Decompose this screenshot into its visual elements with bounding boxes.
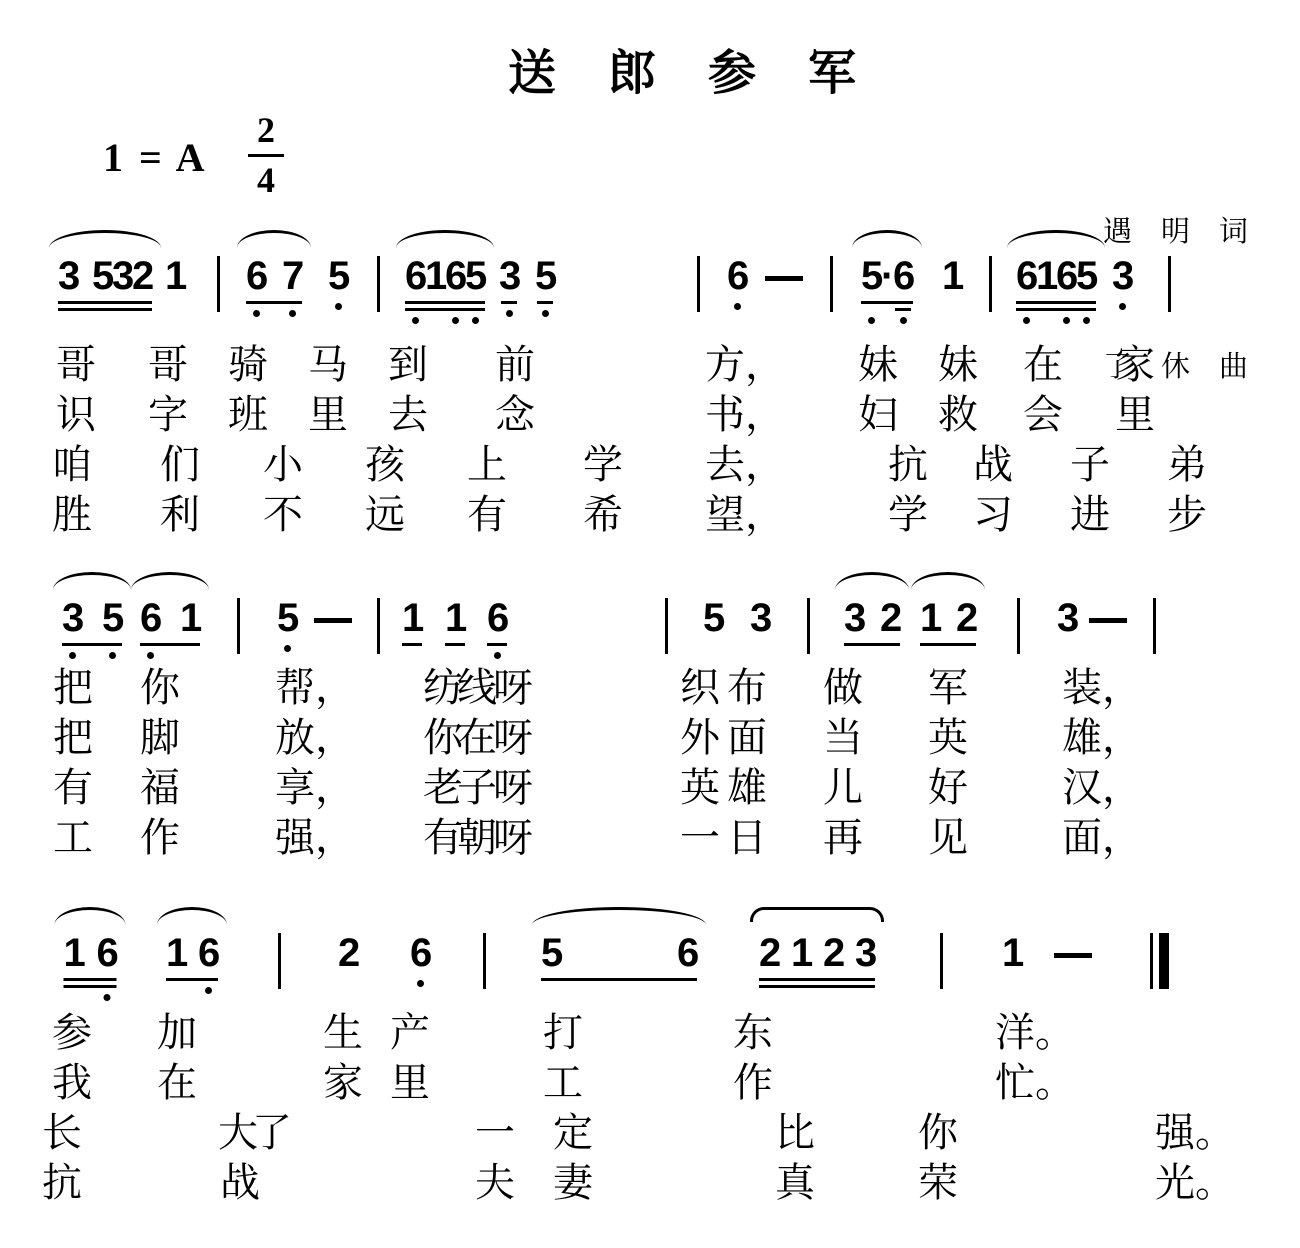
barline	[1168, 256, 1171, 312]
note-token: 6	[410, 907, 430, 987]
mark-cell	[246, 308, 266, 317]
octave-dot	[412, 317, 419, 324]
lyric-syllable: 工	[543, 1060, 583, 1106]
lyric-syllable: 家	[1115, 342, 1155, 388]
lyric-syllable: 外	[680, 715, 720, 761]
beam-underline	[64, 985, 117, 988]
barline	[830, 256, 833, 312]
note-digit: 2	[956, 597, 976, 639]
mark-cell	[465, 315, 485, 324]
note-token: 3	[1057, 572, 1077, 639]
octave-dot	[734, 303, 741, 310]
note-digit: 5	[535, 255, 555, 297]
mark-cell	[519, 301, 535, 304]
beam-underline	[1016, 308, 1096, 311]
sustain-dash	[1054, 953, 1092, 958]
octave-dot	[506, 310, 513, 317]
octave-dot	[1119, 303, 1126, 310]
note-digit: 6	[677, 932, 697, 974]
mark-cell	[893, 315, 913, 324]
octave-dot-row	[487, 650, 507, 659]
note-token: 2	[338, 907, 358, 974]
barline	[665, 598, 668, 654]
lyric-syllable: 一	[475, 1110, 515, 1156]
lyric-syllable: 洋。	[995, 1010, 1075, 1056]
mark-cell	[266, 308, 282, 317]
note-digit: 1	[920, 597, 940, 639]
mark-cell	[410, 978, 430, 987]
lyric-syllable: 希	[583, 492, 623, 538]
note-digit: 3	[1112, 255, 1132, 297]
lyric-syllable: 把	[53, 665, 93, 711]
note-token: 5	[277, 572, 297, 652]
lyric-syllable: 东	[733, 1010, 773, 1056]
lyric-syllable: 有	[53, 765, 93, 811]
note-token: 3 5	[499, 230, 555, 317]
lyric-syllable: 里	[1115, 392, 1155, 438]
lyric-syllable: 妻	[553, 1160, 593, 1206]
note-token: 5	[703, 572, 723, 639]
note-token: 1	[942, 230, 962, 297]
note-digit: 1	[180, 597, 200, 639]
mark-cell	[499, 308, 519, 317]
note-digits: 6	[410, 932, 430, 974]
lyric-syllable: 呀	[493, 715, 533, 761]
note-token: 1	[1002, 907, 1022, 974]
note-digit: 6	[246, 255, 266, 297]
note-digit: 1	[1002, 932, 1022, 974]
slur-arc	[1007, 230, 1105, 248]
song-title: 送 郎 参 军	[508, 34, 858, 103]
slur-arc	[49, 230, 161, 248]
lyric-syllable: 小	[263, 442, 303, 488]
octave-dot	[335, 303, 342, 310]
octave-dot-row	[64, 992, 117, 1001]
mark-cell	[405, 315, 425, 324]
lyric-syllable: 战	[973, 442, 1013, 488]
beam-underline	[759, 985, 875, 988]
note-digits: 6	[727, 255, 747, 297]
mark-cell	[861, 315, 881, 324]
note-digit: 6	[445, 255, 465, 297]
octave-dot-row	[140, 650, 200, 659]
lyric-syllable: 抗	[42, 1160, 82, 1206]
note-digit: 5	[703, 597, 723, 639]
mark-cell	[1076, 315, 1096, 324]
note-digit: 2	[759, 932, 779, 974]
note-digit: 6	[893, 255, 913, 297]
lyric-syllable: 帮，	[275, 665, 355, 711]
lyric-syllable: 利	[160, 492, 200, 538]
note-digit: 5	[328, 255, 348, 297]
octave-dot	[417, 980, 424, 987]
mark-cell	[861, 308, 881, 311]
lyric-syllable: 了	[252, 1110, 292, 1156]
lyric-syllable: 方，	[705, 342, 785, 388]
lyric-syllable: 习	[973, 492, 1013, 538]
lyric-syllable: 前	[495, 342, 535, 388]
lyric-syllable: 去	[388, 392, 428, 438]
beam-underline	[445, 643, 465, 646]
note-token: 6	[727, 230, 747, 310]
final-barline-thin	[1150, 933, 1153, 989]
mark-cell	[102, 650, 122, 659]
lyric-syllable: 学	[888, 492, 928, 538]
lyric-syllable: 享，	[275, 765, 355, 811]
octave-dot	[494, 652, 501, 659]
lyric-syllable: 子	[457, 765, 497, 811]
lyric-syllable: 雄	[727, 765, 767, 811]
lyric-syllable: 参	[52, 1010, 92, 1056]
slur-arc	[911, 572, 985, 590]
lyric-syllable: 念	[495, 392, 535, 438]
note-digits: 1	[402, 597, 422, 639]
note-digit: 6	[1056, 255, 1076, 297]
note-digits: 6	[487, 597, 507, 639]
mark-cell	[97, 992, 117, 1001]
octave-dot	[253, 310, 260, 317]
note-digit: 3	[750, 597, 770, 639]
mark-cell	[535, 308, 555, 317]
note-digits: 2 1 2 3	[759, 932, 875, 974]
time-signature-divider	[248, 154, 284, 157]
lyric-syllable: 到	[388, 342, 428, 388]
note-digit: 2	[823, 932, 843, 974]
lyric-syllable: 忙。	[995, 1060, 1075, 1106]
slur-arc	[532, 907, 706, 925]
lyric-syllable: 好	[928, 765, 968, 811]
sustain-dash	[765, 276, 803, 281]
note-digits: 6165	[405, 255, 485, 297]
mark-cell	[277, 643, 297, 652]
barline	[940, 933, 943, 989]
beam-underline	[62, 643, 122, 646]
lyric-syllable: 在	[1023, 342, 1063, 388]
note-digit: 1	[166, 932, 186, 974]
mark-cell	[727, 301, 747, 310]
lyric-syllable: 脚	[140, 715, 180, 761]
note-digits: 1	[165, 255, 185, 297]
note-token: 6 7	[246, 230, 302, 317]
note-digit: 3	[855, 932, 875, 974]
note-token: 3	[1112, 230, 1132, 310]
note-digits: 3 532	[58, 255, 152, 297]
lyric-syllable: 里	[308, 392, 348, 438]
octave-dot	[1083, 317, 1090, 324]
lyric-syllable: 远	[365, 492, 405, 538]
mark-cell	[180, 650, 200, 659]
time-signature: 2 4	[248, 108, 284, 203]
note-digits: 6 1	[140, 597, 200, 639]
mark-cell	[519, 308, 535, 317]
octave-dot	[103, 994, 110, 1001]
mark-cell	[1016, 315, 1036, 324]
note-digits: 5 6	[541, 932, 697, 974]
lyric-syllable: 弟	[1167, 442, 1207, 488]
lyric-syllable: 英	[928, 715, 968, 761]
note-digits: 1 6	[64, 932, 117, 974]
note-digit: 1	[445, 597, 465, 639]
lyric-syllable: 朝	[457, 815, 497, 861]
lyric-syllable: 进	[1070, 492, 1110, 538]
octave-dot	[542, 310, 549, 317]
octave-dot-row	[328, 301, 348, 310]
lyric-syllable: 们	[160, 442, 200, 488]
lyric-syllable: 会	[1023, 392, 1063, 438]
barline	[483, 933, 486, 989]
lyric-syllable: 做	[823, 665, 863, 711]
barline	[217, 256, 220, 312]
note-token: 3	[750, 572, 770, 639]
octave-dot-row	[410, 978, 430, 987]
lyric-syllable: 妇	[858, 392, 898, 438]
octave-dot-row	[727, 301, 747, 310]
note-digit: 6	[97, 932, 117, 974]
note-digits: 1	[942, 255, 962, 297]
note-digits: 1 6	[166, 932, 218, 974]
beam-underline	[920, 643, 976, 646]
note-digits: 3 2	[844, 597, 900, 639]
lyric-syllable: 孩	[365, 442, 405, 488]
mark-cell	[186, 985, 198, 994]
beam-underline	[541, 978, 697, 981]
mark-cell	[64, 992, 84, 1001]
note-digit: 7	[282, 255, 302, 297]
note-digit: 5	[861, 255, 881, 297]
mark-cell	[328, 301, 348, 310]
note-digit: 1	[64, 932, 84, 974]
note-token: 1 2	[920, 572, 976, 646]
note-token: 6165	[1016, 230, 1096, 324]
note-digit: 5	[1076, 255, 1096, 297]
beam-underline	[405, 308, 485, 311]
lyric-syllable: 哥	[56, 342, 96, 388]
barline	[278, 933, 281, 989]
note-digit: 5	[465, 255, 485, 297]
beam-underline	[895, 308, 911, 311]
time-signature-numerator: 2	[257, 108, 275, 153]
lyric-syllable: 妹	[938, 342, 978, 388]
beam-underline	[501, 301, 517, 304]
beam-underline	[1016, 301, 1096, 304]
lyric-syllable: 生	[323, 1010, 363, 1056]
note-digit: 6	[410, 932, 430, 974]
lyric-syllable: 哥	[148, 342, 188, 388]
sixteenth-underline-row	[499, 301, 555, 304]
sustain-dash	[314, 618, 352, 623]
beam-underline	[405, 301, 485, 304]
beam-underline	[844, 643, 900, 646]
octave-dot-row	[861, 315, 913, 324]
lyric-syllable: 骑	[228, 342, 268, 388]
barline	[1017, 598, 1020, 654]
note-digits: 2	[338, 932, 358, 974]
lyric-syllable: 子	[1070, 442, 1110, 488]
note-digits: 5	[328, 255, 348, 297]
note-digit: 1	[165, 255, 185, 297]
note-digit: 3	[58, 255, 78, 297]
beam-underline	[58, 308, 152, 311]
octave-dot-row	[277, 643, 297, 652]
note-digit: 3	[499, 255, 519, 297]
octave-dot	[205, 987, 212, 994]
beam-underline	[759, 978, 875, 981]
note-digit: 6	[140, 597, 160, 639]
note-digit: 1	[791, 932, 811, 974]
sixteenth-underline-row	[861, 308, 913, 311]
barline	[377, 598, 380, 654]
note-digit: 2	[338, 932, 358, 974]
lyric-syllable: 当	[823, 715, 863, 761]
lyric-syllable: 马	[308, 342, 348, 388]
octave-dot	[284, 645, 291, 652]
note-token: 6165	[405, 230, 485, 324]
mark-cell	[84, 992, 97, 1001]
note-token: 1	[402, 572, 422, 646]
beam-underline	[537, 301, 553, 304]
lyric-syllable: 呀	[493, 765, 533, 811]
note-digit: 5	[277, 597, 297, 639]
lyric-syllable: 作	[140, 815, 180, 861]
note-digit: 5	[102, 597, 122, 639]
note-digits: 5	[277, 597, 297, 639]
lyric-syllable: 日	[727, 815, 767, 861]
lyric-syllable: 我	[52, 1060, 92, 1106]
lyric-syllable: 家	[323, 1060, 363, 1106]
note-token: 2 1 2 3	[759, 907, 875, 988]
slur-arc	[53, 572, 131, 590]
octave-dot-row	[405, 315, 485, 324]
slur-arc	[750, 907, 884, 922]
beam-underline	[402, 643, 422, 646]
note-digit: 5	[541, 932, 561, 974]
octave-dot	[69, 652, 76, 659]
note-token: 1	[165, 230, 185, 297]
lyric-syllable: 面，	[1062, 815, 1142, 861]
lyric-syllable: 有	[467, 492, 507, 538]
note-digits: 3	[750, 597, 770, 639]
note-token: 6	[487, 572, 507, 659]
note-digits: 5	[703, 597, 723, 639]
lyric-syllable: 织	[680, 665, 720, 711]
octave-dot-row	[499, 308, 555, 317]
lyric-syllable: 装，	[1062, 665, 1142, 711]
octave-dot	[1063, 317, 1070, 324]
beam-underline	[64, 978, 117, 981]
mark-cell	[1112, 301, 1132, 310]
note-digits: 3	[1112, 255, 1132, 297]
slur-arc	[835, 572, 909, 590]
lyric-syllable: 夫	[475, 1160, 515, 1206]
lyric-syllable: 布	[727, 665, 767, 711]
mark-cell	[140, 650, 160, 659]
octave-dot	[452, 317, 459, 324]
lyric-syllable: 抗	[888, 442, 928, 488]
slur-arc	[55, 907, 126, 925]
lyric-syllable: 定	[553, 1110, 593, 1156]
mark-cell	[881, 315, 893, 324]
octave-dot-row	[62, 650, 122, 659]
lyric-syllable: 战	[220, 1160, 260, 1206]
lyric-syllable: 在	[457, 715, 497, 761]
beam-underline	[246, 301, 302, 304]
barline	[989, 256, 992, 312]
lyric-syllable: 汉，	[1062, 765, 1142, 811]
octave-dot	[109, 652, 116, 659]
note-digits: 1 2	[920, 597, 976, 639]
note-digit: 6	[198, 932, 218, 974]
lyric-syllable: 打	[543, 1010, 583, 1056]
lyric-syllable: 线	[457, 665, 497, 711]
lyric-syllable: 在	[157, 1060, 197, 1106]
note-digit: 1	[425, 255, 445, 297]
lyric-syllable: 胜	[52, 492, 92, 538]
note-token: 3 2	[844, 572, 900, 646]
mark-cell	[282, 308, 302, 317]
lyric-syllable: 雄，	[1062, 715, 1142, 761]
note-digit: 1	[402, 597, 422, 639]
mark-cell	[881, 308, 893, 311]
note-digits: 5·6	[861, 255, 913, 297]
barline	[1153, 598, 1156, 654]
note-digit: 6	[1016, 255, 1036, 297]
note-digit: 6	[405, 255, 425, 297]
beam-underline	[487, 643, 507, 646]
note-digit: 2	[880, 597, 900, 639]
note-token: 3 5	[62, 572, 122, 659]
mark-cell	[1056, 315, 1076, 324]
note-digit: 3	[62, 597, 82, 639]
mark-cell	[425, 315, 445, 324]
barline	[697, 256, 700, 312]
lyric-syllable: 呀	[493, 815, 533, 861]
mark-cell	[535, 301, 555, 304]
mark-cell	[487, 650, 507, 659]
note-digits: 1	[445, 597, 465, 639]
octave-dot	[472, 317, 479, 324]
octave-dot	[868, 317, 875, 324]
lyric-syllable: 再	[823, 815, 863, 861]
slur-arc	[852, 230, 922, 248]
lyric-syllable: 步	[1167, 492, 1207, 538]
barline	[377, 256, 380, 312]
note-digit: 3	[112, 255, 132, 297]
note-digits: 6 7	[246, 255, 302, 297]
note-digit: 5	[92, 255, 112, 297]
slur-arc	[157, 907, 227, 925]
sustain-dash	[1089, 618, 1127, 623]
slur-arc	[396, 230, 494, 248]
lyric-syllable: 不	[263, 492, 303, 538]
barline	[807, 598, 810, 654]
note-token: 5	[328, 230, 348, 310]
lyric-syllable: 产	[390, 1010, 430, 1056]
note-digit: 2	[132, 255, 152, 297]
lyric-syllable: 强。	[1155, 1110, 1235, 1156]
note-digit: ·	[881, 255, 893, 297]
lyric-syllable: 望，	[705, 492, 785, 538]
lyric-syllable: 把	[53, 715, 93, 761]
note-digit: 3	[1057, 597, 1077, 639]
octave-dot	[1023, 317, 1030, 324]
mark-cell	[62, 650, 82, 659]
lyric-syllable: 上	[467, 442, 507, 488]
lyric-syllable: 书，	[705, 392, 785, 438]
lyric-syllable: 咱	[52, 442, 92, 488]
lyric-syllable: 荣	[918, 1160, 958, 1206]
mark-cell	[445, 315, 465, 324]
octave-dot-row	[246, 308, 302, 317]
